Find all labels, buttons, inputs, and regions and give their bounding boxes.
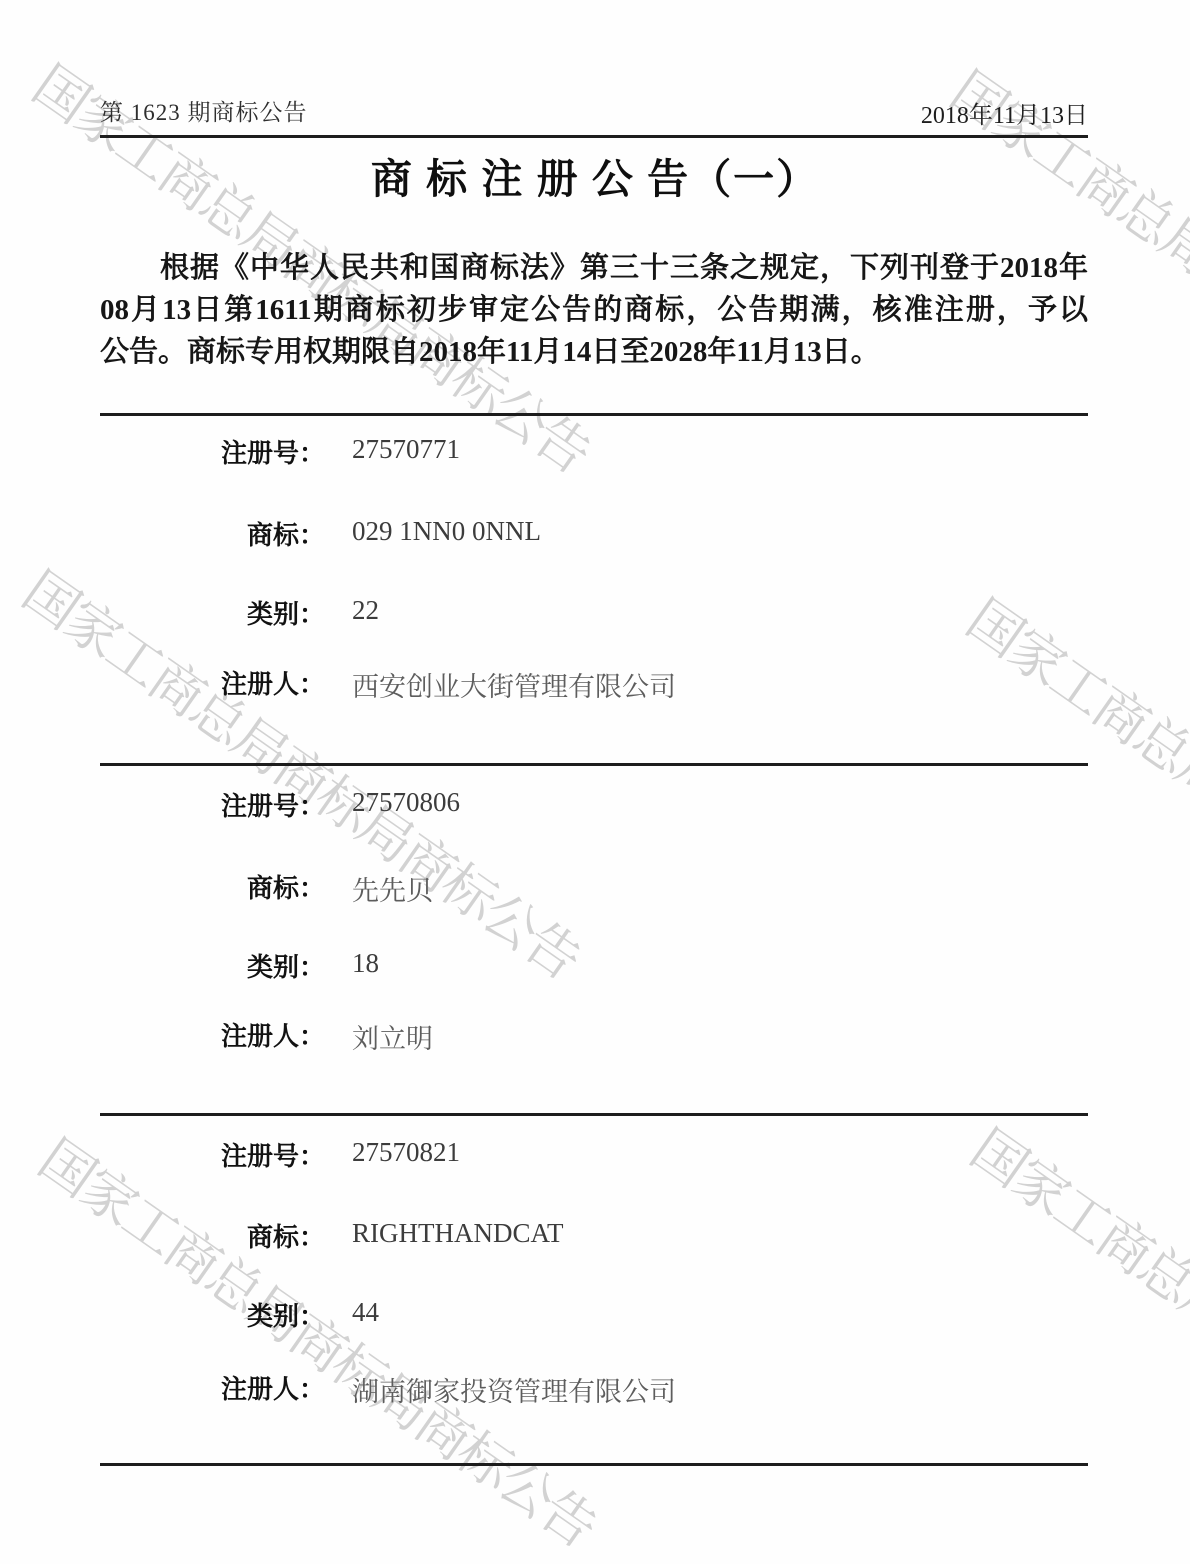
registrant-label: 注册人： [100, 664, 325, 701]
header-date: 2018年11月13日 [921, 95, 1088, 130]
reg-no-value: 27570771 [352, 434, 460, 465]
header-rule [100, 135, 1088, 138]
trademark-label: 商标： [100, 1217, 325, 1254]
registrant-value: 湖南御家投资管理有限公司 [352, 1370, 676, 1409]
intro-paragraph: 根据《中华人民共和国商标法》第三十三条之规定，下列刊登于2018年 08月13日… [100, 247, 1088, 373]
reg-no-label: 注册号： [100, 786, 325, 823]
reg-no-label: 注册号： [100, 433, 325, 470]
header-issue-label: 第 1623 期商标公告 [100, 94, 308, 127]
entry-divider [100, 413, 1088, 416]
registrant-label: 注册人： [100, 1369, 325, 1406]
category-value: 22 [352, 595, 379, 626]
entry-divider [100, 1113, 1088, 1116]
registrant-value: 西安创业大街管理有限公司 [352, 665, 676, 704]
trademark-value: 029 1NN0 0NNL [352, 516, 541, 547]
registrant-label: 注册人： [100, 1016, 325, 1053]
gazette-page: 国家工商总局商标局商标公告 国家工商总局商标局商标公告 国家工商总局商标局商标公… [0, 0, 1190, 1564]
reg-no-value: 27570821 [352, 1137, 460, 1168]
category-label: 类别： [100, 1296, 325, 1333]
entry-divider [100, 763, 1088, 766]
reg-no-value: 27570806 [352, 787, 460, 818]
bottom-rule [100, 1463, 1088, 1466]
intro-line-2: 08月13日第1611期商标初步审定公告的商标，公告期满，核准注册，予以 [100, 289, 1088, 331]
intro-line-1: 根据《中华人民共和国商标法》第三十三条之规定，下列刊登于2018年 [100, 247, 1088, 289]
trademark-label: 商标： [100, 515, 325, 552]
category-value: 44 [352, 1297, 379, 1328]
trademark-value: RIGHTHANDCAT [352, 1218, 564, 1249]
registrant-value: 刘立明 [352, 1017, 433, 1056]
trademark-label: 商标： [100, 868, 325, 905]
content-layer: 第 1623 期商标公告 2018年11月13日 商 标 注 册 公 告（一） … [0, 0, 1190, 1564]
page-title: 商 标 注 册 公 告（一） [0, 146, 1190, 205]
intro-line-3: 公告。商标专用权期限自2018年11月14日至2028年11月13日。 [100, 331, 1088, 373]
category-value: 18 [352, 948, 379, 979]
category-label: 类别： [100, 947, 325, 984]
trademark-value: 先先贝 [352, 869, 433, 908]
category-label: 类别： [100, 594, 325, 631]
reg-no-label: 注册号： [100, 1136, 325, 1173]
